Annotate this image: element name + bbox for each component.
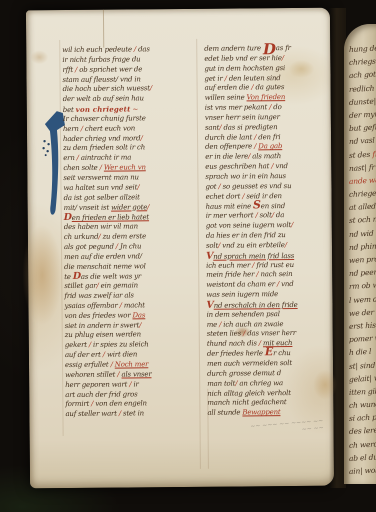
text-segment: den offenpere — [205, 143, 254, 151]
text-segment: stillet gar — [64, 282, 96, 290]
text-segment-iu: als vnser — [121, 370, 151, 378]
text-line: erst his — [349, 318, 376, 333]
text-segment: von des friedes wor — [65, 311, 133, 320]
text-segment: wehoren stillet — [65, 370, 117, 378]
text-segment-ru: Da gab — [258, 143, 282, 151]
text-segment: ob sprichet wer de — [77, 65, 142, 74]
text-segment: von den engeln — [93, 400, 147, 408]
text-line: l wem d — [349, 292, 376, 307]
text-segment: macht — [122, 301, 145, 309]
text-segment: siet in andern ir swert — [65, 321, 140, 330]
text-segment-red: frid — [372, 149, 376, 159]
text-segment: sprach wo ir in ein haus — [205, 172, 286, 181]
text-segment: st des — [349, 149, 372, 159]
text-line: chriege p — [349, 186, 376, 201]
text-segment: willen seine — [205, 94, 247, 102]
text-line: but gefrid — [349, 120, 376, 135]
text-segment: als got pegund — [64, 242, 116, 250]
text-segment: wil ich euch pedeute — [62, 45, 134, 54]
text-segment: sant — [205, 123, 219, 131]
text-segment: edet lieb vnd er ser hie — [204, 54, 281, 63]
text-segment: die hoch uber sich wuesst — [63, 85, 150, 94]
text-line: weistont da cham er / vnd — [206, 280, 297, 291]
photo-background: wil ich euch pedeute / dasir nicht furba… — [0, 0, 376, 512]
text-segment: als math — [250, 152, 281, 160]
text-segment: das vnser herr — [245, 329, 296, 337]
text-line: nd phin — [349, 239, 376, 254]
text-line: dunste| d — [349, 94, 376, 109]
text-segment: wen pro — [349, 254, 376, 265]
text-segment: solt — [206, 242, 218, 250]
text-segment: pomer w — [349, 333, 376, 344]
text-segment: l wem d — [349, 294, 376, 304]
text-segment-red: / — [137, 183, 139, 191]
text-line: willen seine Von frieden — [205, 93, 296, 104]
text-segment-ru: Das — [132, 311, 145, 319]
text-segment: all stunde — [207, 409, 242, 417]
text-line: itten gibe — [349, 384, 376, 399]
text-segment: vnd zu ein erbteile — [220, 241, 285, 250]
text-line: gekert / ir spies zu sleich — [65, 341, 155, 352]
text-segment: auf der ert — [65, 351, 103, 359]
text-segment: but gefrid — [349, 122, 376, 133]
text-segment: herr geporen wart — [65, 380, 129, 389]
text-line: all stunde Bewappent — [207, 408, 298, 419]
text-segment-red: / — [282, 54, 284, 62]
text-segment: nd vasl — [349, 136, 375, 146]
text-segment: ch wund — [349, 399, 376, 410]
text-segment: hader chrieg vnd mord — [63, 134, 140, 143]
text-segment: seid ir den — [244, 192, 282, 200]
text-line: st des frid — [349, 147, 376, 162]
text-segment-iu: nd erschalch in den fride — [214, 301, 298, 310]
text-segment-iu: en frieden er lieb hatet — [72, 214, 149, 223]
manuscript-page: wil ich euch pedeute / dasir nicht furba… — [26, 8, 334, 489]
text-segment: chriegs — [349, 57, 376, 67]
text-segment: weistont da cham er — [206, 280, 277, 289]
ruling-line — [103, 10, 104, 48]
text-segment-ru: Wer euch vn — [104, 163, 146, 171]
text-line: men auch vermeiden solt — [207, 359, 298, 370]
text-segment: man tolt — [207, 379, 235, 387]
text-segment: vnser herr sein iunger — [205, 113, 280, 122]
text-segment: st| sind c — [349, 360, 376, 371]
text-segment: nd phin — [349, 241, 376, 251]
text-segment: men auch vermeiden solt — [207, 359, 292, 368]
text-segment: frid was zwelf iar als — [64, 291, 133, 300]
text-segment-bigred2: E — [265, 345, 273, 358]
text-segment-red: / — [139, 321, 141, 329]
text-segment: in dem sehenden psal — [207, 310, 280, 319]
text-line: manch nicht gedachent — [207, 398, 298, 409]
text-line: ch wund — [349, 397, 376, 412]
text-segment: ir mer verhort — [206, 212, 256, 220]
text-segment: durch grosse demut d — [207, 369, 281, 378]
text-line: des lere — [349, 423, 376, 438]
text-segment-red: / — [291, 221, 293, 229]
text-line: pomer w — [349, 331, 376, 346]
text-segment: chriege — [349, 188, 376, 199]
text-segment-rub: von chriegett — [76, 104, 131, 113]
text-segment: gelait| w — [349, 373, 376, 384]
text-segment: durch die lant — [205, 133, 254, 141]
text-segment: mit/ vnseit ist — [64, 203, 111, 211]
text-line: got / so geusset es vnd su — [205, 182, 296, 193]
text-segment: frid rust eu — [254, 261, 294, 269]
text-line: wen pro — [349, 252, 376, 267]
text-segment: chert euch von — [83, 124, 135, 132]
text-segment-rcap: D — [73, 271, 81, 282]
text-segment-red: / — [150, 85, 152, 93]
text-segment-red: ande wart — [349, 175, 376, 186]
text-segment: te — [64, 273, 73, 281]
text-segment: me — [207, 320, 219, 328]
text-line: rm ob w — [349, 278, 376, 293]
parchment-stain — [30, 50, 48, 64]
text-segment: seit verswernt man nu — [63, 173, 139, 182]
text-segment: as fr — [276, 44, 291, 52]
text-line: hung der — [349, 41, 376, 56]
text-segment: da ist got selber allzeit — [64, 193, 140, 202]
text-segment: nast| fr — [349, 162, 375, 172]
text-segment: der myn — [349, 109, 376, 120]
text-segment: nd peer — [349, 268, 376, 278]
text-segment: dunste| d — [349, 96, 376, 107]
text-segment: ch urkund — [64, 233, 99, 241]
text-segment: bet — [63, 106, 76, 114]
text-segment: ir nicht furbas frage du — [62, 55, 140, 64]
text-segment: das si predigten — [221, 123, 277, 131]
text-segment: so geusset es vnd su — [221, 182, 292, 191]
text-segment: ir spies zu sleich — [91, 341, 149, 350]
text-segment: art auch der frid gros — [65, 390, 137, 399]
text-segment-ru: Von frieden — [246, 93, 285, 101]
text-segment-red: ~ — [130, 105, 138, 113]
text-line: nd wid in — [349, 226, 376, 241]
text-line: der welt ab auf sein hau — [63, 94, 153, 105]
text-segment: itten gibe — [349, 386, 376, 397]
text-segment: do — [271, 103, 281, 111]
text-segment: der friedes herle — [207, 349, 265, 358]
text-segment: we der — [349, 307, 374, 317]
text-segment: auf erden die — [205, 84, 252, 92]
text-line: solt/ vnd zu ein erbteile/ — [206, 241, 297, 252]
text-segment: thund nach dis — [207, 340, 259, 348]
text-segment: hern — [63, 125, 81, 133]
text-segment: as die welt was yr — [81, 273, 141, 282]
text-segment: haus mit eine — [206, 202, 253, 210]
text-segment: den leuten sind — [227, 74, 281, 82]
text-segment: ysaias offembar — [64, 301, 119, 309]
text-line: gut in dem hochsten gsi — [204, 64, 295, 75]
text-segment: die menschait neme wol — [64, 262, 146, 271]
text-segment: des lere — [349, 426, 376, 437]
text-segment: eus geschriben hat — [205, 162, 271, 171]
text-line: chen solte / Wer euch vn — [63, 163, 153, 174]
text-segment: zu phlug eisen werden — [65, 331, 141, 340]
text-segment: solt — [258, 212, 272, 220]
parchment-stain — [22, 225, 63, 325]
text-line: ch werd — [349, 437, 376, 452]
text-line: we der — [349, 305, 376, 320]
text-segment: formirt — [65, 400, 91, 408]
text-segment: nich alltag gleich verholt — [207, 389, 291, 398]
text-line: zu dem frieden solt ir ch — [63, 144, 153, 155]
text-line: ach got — [349, 67, 376, 82]
text-segment: Ir chawser chunig furste — [63, 114, 146, 123]
text-segment: ern — [63, 154, 77, 162]
text-segment: rm ob w — [349, 281, 376, 292]
text-segment: h die l — [349, 347, 371, 357]
text-segment: si ach p — [349, 413, 376, 423]
right-text-column: dem andern ture Das fredet lieb vnd er s… — [204, 44, 298, 419]
text-segment: hung der — [349, 43, 376, 54]
text-line: at alled — [349, 199, 376, 214]
text-line: gelait| w — [349, 371, 376, 386]
text-segment: dem andern ture — [204, 44, 263, 53]
text-line: wehoren stillet / als vnser — [65, 370, 155, 381]
text-segment: get ir — [204, 74, 224, 82]
text-segment: zu dem frieden solt ir ch — [63, 144, 145, 153]
text-segment: ir — [131, 380, 138, 388]
text-line: redlich | — [349, 81, 376, 96]
text-line: te Das die welt was yr — [64, 272, 154, 283]
text-segment: nach sein — [258, 270, 292, 278]
text-segment-red: / — [140, 134, 142, 142]
left-text-column: wil ich euch pedeute / dasir nicht furba… — [62, 45, 155, 420]
text-segment: wa haltet sun vnd seit — [63, 183, 137, 192]
text-segment: rfft — [62, 66, 75, 74]
text-segment: da hies er in den frid zu — [206, 231, 286, 240]
text-segment: stet in — [121, 410, 144, 418]
text-segment: er in die lere — [205, 153, 248, 161]
text-segment: at alled — [349, 202, 376, 212]
facing-text-column: hung derchriegsach gotredlich |dunste| d… — [349, 41, 376, 478]
text-segment: echet dort — [206, 192, 243, 200]
text-segment: das — [136, 45, 150, 53]
text-segment: da gutes — [253, 83, 284, 91]
text-line: Ir chawser chunig furste — [63, 114, 153, 125]
text-line: ain| wol — [349, 463, 376, 478]
text-segment: erst his — [349, 320, 376, 330]
text-segment-red: / — [285, 241, 287, 249]
text-line: ab el dug — [349, 450, 376, 465]
text-segment: ab el dug — [349, 452, 376, 463]
text-segment: r chu — [273, 349, 291, 357]
text-segment: ist vns mer pekant — [205, 103, 269, 112]
text-line: h die l — [349, 344, 376, 359]
text-segment: en sind — [261, 202, 285, 210]
text-segment: der welt ab auf sein hau — [63, 95, 144, 104]
text-segment-red: / — [147, 203, 149, 211]
text-segment: aintracht ir ma — [79, 154, 131, 162]
text-segment: ich euch mer — [206, 261, 252, 269]
text-segment-rcap: D — [64, 212, 72, 223]
text-segment: Jn chu — [118, 242, 141, 250]
text-segment: ch werd — [349, 439, 376, 450]
text-segment: des haben wir vil man — [64, 223, 138, 232]
text-line: st| sind c — [349, 358, 376, 373]
text-segment: ach got — [349, 70, 376, 80]
text-segment: stam auf fleusst/ vnd in — [62, 75, 140, 84]
text-block: wil ich euch pedeute / dasir nicht furba… — [62, 44, 331, 430]
text-segment: an chrieg wa — [237, 379, 283, 387]
text-segment-ru: Bewappent — [242, 408, 280, 416]
text-segment: vnd — [273, 162, 287, 170]
facing-page-edge: hung derchriegsach gotredlich |dunste| d… — [344, 24, 376, 484]
text-line: ande wart — [349, 173, 376, 188]
text-segment-ru: Noch mer — [115, 360, 149, 368]
text-segment: st och ne — [349, 215, 376, 226]
text-segment: mein fride her — [206, 271, 256, 279]
text-line: chriegs — [349, 54, 376, 69]
text-segment: men auf die erden vnd/ — [64, 252, 142, 261]
text-segment: chen solte — [63, 164, 99, 172]
text-line: der myn — [349, 107, 376, 122]
text-line: st och ne — [349, 212, 376, 227]
text-line: Den frieden er lieb hatet — [64, 213, 154, 224]
text-segment: was sein iugern mide — [206, 290, 278, 299]
text-segment: da — [274, 211, 284, 219]
text-segment: gekert — [65, 341, 89, 349]
text-line: auf steller wart / stet in — [65, 409, 155, 420]
text-segment: essig erfullet — [65, 361, 111, 369]
text-segment: ain| wol — [349, 465, 376, 475]
text-segment: got von seine iugern wolt — [206, 221, 291, 230]
text-line: si ach p — [349, 410, 376, 425]
text-line: nd peer — [349, 265, 376, 280]
text-segment: manch nicht gedachent — [207, 398, 286, 407]
text-segment: ich auch an zwaie — [221, 320, 283, 329]
text-segment: redlich — [349, 83, 376, 93]
text-segment: nd wid in — [349, 228, 376, 239]
text-line: nast| fr — [349, 160, 376, 175]
text-segment-iu: wider gote — [111, 203, 147, 211]
text-segment-iu: nd sprach mein frid lass — [213, 252, 294, 261]
text-segment: zu dem erste — [100, 232, 146, 240]
text-line: nd vasl — [349, 133, 376, 148]
text-segment: steten lies — [207, 330, 243, 338]
text-segment: den fri — [256, 133, 280, 141]
text-line: Vnd erschalch in den fride — [206, 300, 297, 311]
text-segment: auf steller wart — [65, 410, 118, 418]
text-segment: gut in dem hochsten gsi — [204, 64, 285, 73]
text-segment: vnd — [279, 280, 293, 288]
text-segment: wirt dien — [105, 351, 137, 359]
text-segment: got — [205, 182, 218, 190]
text-segment: ein gemain — [99, 282, 138, 290]
